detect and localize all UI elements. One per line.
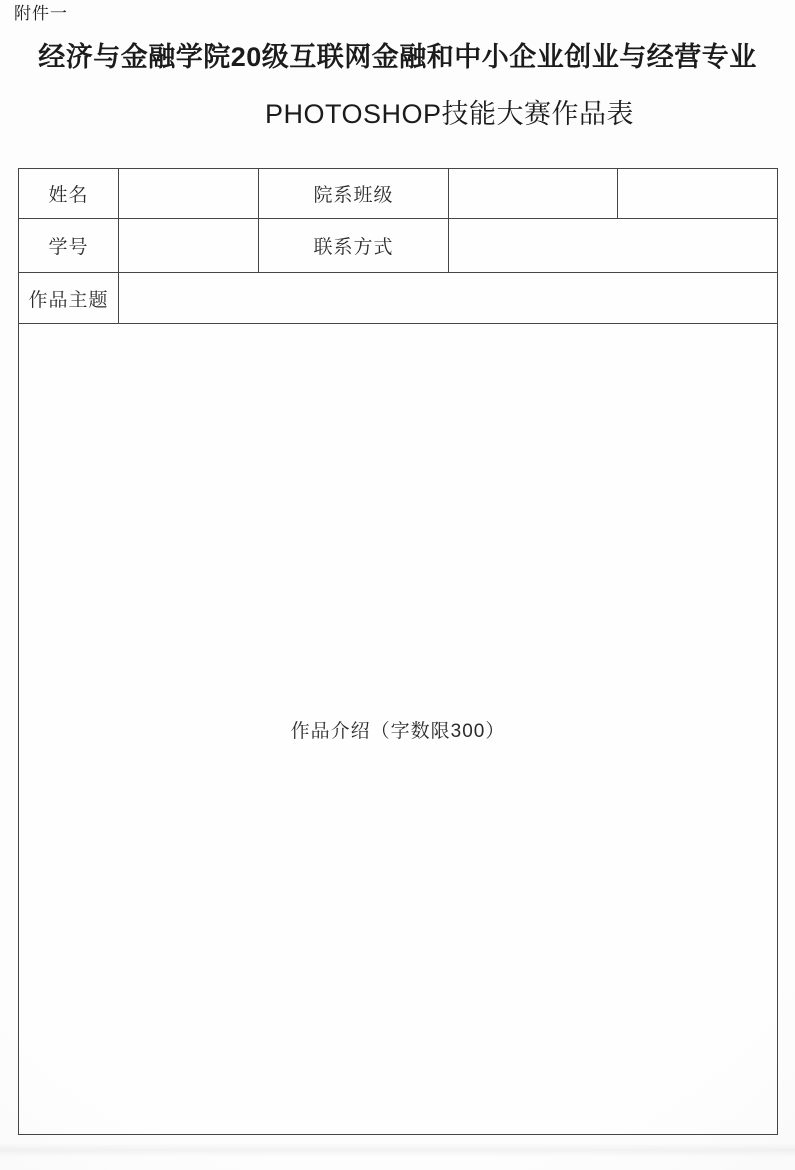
table-row-name: 姓名 院系班级: [19, 169, 778, 219]
table-row-work-theme: 作品主题: [19, 273, 778, 324]
attachment-label: 附件一: [14, 3, 68, 25]
work-theme-value-cell[interactable]: [119, 273, 778, 324]
work-intro-cell[interactable]: 作品介绍（字数限300）: [19, 324, 778, 1135]
department-class-value-cell[interactable]: [449, 169, 618, 219]
table-row-student-id: 学号 联系方式: [19, 219, 778, 273]
work-intro-placeholder: 作品介绍（字数限300）: [291, 721, 506, 742]
scan-shadow-band: [0, 1143, 795, 1157]
student-id-label: 学号: [19, 219, 119, 273]
department-class-extra-cell[interactable]: [618, 169, 778, 219]
document-page: 附件一 经济与金融学院20级互联网金融和中小企业创业与经营专业 PHOTOSHO…: [0, 0, 795, 1170]
student-id-value-cell[interactable]: [119, 219, 259, 273]
document-title-line2: PHOTOSHOP技能大赛作品表: [52, 99, 795, 130]
contact-label: 联系方式: [259, 219, 449, 273]
entry-form-table: 姓名 院系班级 学号 联系方式 作品主题 作品介绍（字数限300）: [18, 168, 778, 1135]
contact-value-cell[interactable]: [449, 219, 778, 273]
table-row-work-intro: 作品介绍（字数限300）: [19, 324, 778, 1135]
department-class-label: 院系班级: [259, 169, 449, 219]
name-label: 姓名: [19, 169, 119, 219]
work-theme-label: 作品主题: [19, 273, 119, 324]
name-value-cell[interactable]: [119, 169, 259, 219]
document-title-line1: 经济与金融学院20级互联网金融和中小企业创业与经营专业: [0, 42, 795, 73]
